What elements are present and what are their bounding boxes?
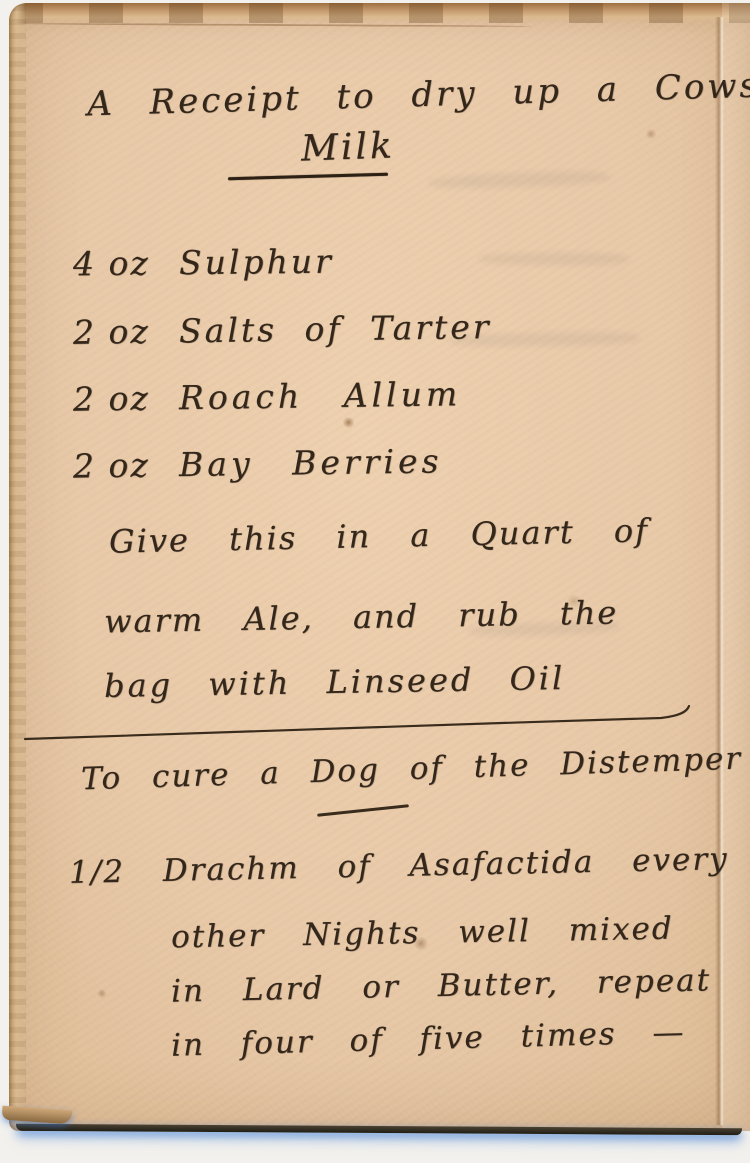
recipe2-body-line: other Nights well mixed bbox=[171, 911, 674, 956]
scan-background: A Receipt to dry up a Cows Milk 4 oz Sul… bbox=[0, 0, 750, 1163]
showthrough-ghost bbox=[479, 253, 629, 265]
recipe2-body-line: 1/2 Drachm of Asafactida every bbox=[69, 841, 729, 891]
page-stack-top-edge bbox=[9, 3, 750, 23]
ingredient-row: 2 oz Roach Allum bbox=[73, 374, 462, 418]
foxing-spot bbox=[342, 417, 355, 428]
ingredient-quantity: 2 oz bbox=[73, 311, 180, 351]
manuscript-page: A Receipt to dry up a Cows Milk 4 oz Sul… bbox=[9, 3, 750, 1131]
recipe2-title: To cure a Dog of the Distemper bbox=[81, 741, 743, 798]
ingredient-name: Roach Allum bbox=[179, 374, 462, 417]
showthrough-ghost bbox=[429, 170, 609, 190]
ingredient-quantity: 2 oz bbox=[73, 378, 180, 418]
ingredient-row: 2 oz Salts of Tarter bbox=[73, 307, 492, 352]
ingredient-name: Sulphur bbox=[179, 242, 334, 283]
recipe2-title-underline bbox=[317, 804, 409, 816]
ingredient-name: Bay Berries bbox=[179, 441, 443, 484]
recipe1-instruction-line: Give this in a Quart of bbox=[109, 511, 650, 560]
ingredient-quantity: 4 oz bbox=[73, 243, 179, 283]
recipe2-body-line: in four of five times — bbox=[171, 1014, 686, 1063]
page-stack-left-edge bbox=[9, 3, 26, 1131]
section-divider-rule bbox=[21, 705, 711, 747]
ingredient-quantity: 2 oz bbox=[73, 445, 180, 485]
recipe2-body-line: in Lard or Butter, repeat bbox=[171, 962, 712, 1009]
foxing-spot bbox=[97, 989, 107, 998]
page-stack-top-edge-line bbox=[13, 23, 532, 28]
foxing-spot bbox=[645, 129, 657, 139]
right-leaf-strip bbox=[722, 3, 750, 1131]
ingredient-name: Salts of Tarter bbox=[179, 307, 492, 350]
ingredient-row: 4 oz Sulphur bbox=[73, 242, 334, 284]
recipe1-instruction-line: bag with Linseed Oil bbox=[104, 659, 566, 705]
ingredient-row: 2 oz Bay Berries bbox=[73, 441, 443, 485]
recipe1-title-line2: Milk bbox=[300, 125, 395, 169]
recipe1-title-line1: A Receipt to dry up a Cows bbox=[87, 66, 750, 125]
title-underline bbox=[228, 173, 388, 180]
